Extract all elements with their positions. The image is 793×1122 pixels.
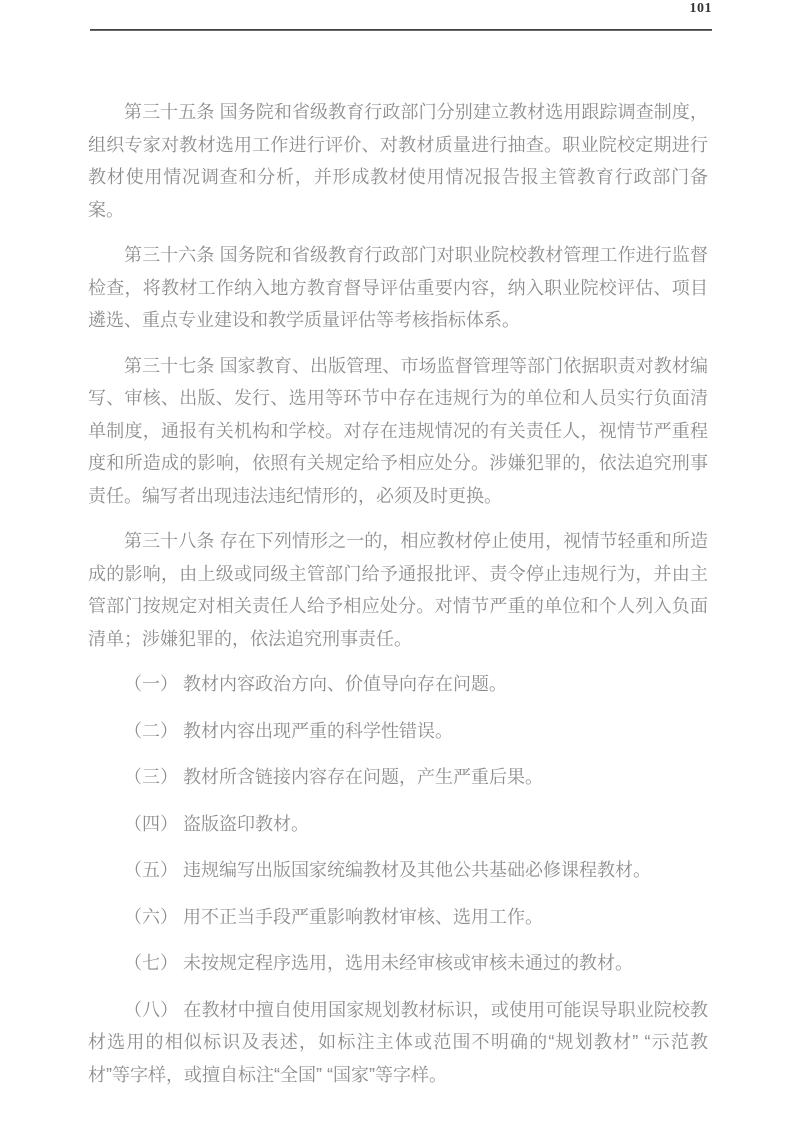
paragraph-article-35: 第三十五条 国务院和省级教育行政部门分别建立教材选用跟踪调查制度，组织专家对教材…: [88, 96, 708, 226]
paragraph-article-36: 第三十六条 国务院和省级教育行政部门对职业院校教材管理工作进行监督检查，将教材工…: [88, 239, 708, 337]
list-item-7: （七） 未按规定程序选用，选用未经审核或审核未通过的教材。: [88, 947, 708, 980]
list-item-5: （五） 违规编写出版国家统编教材及其他公共基础必修课程教材。: [88, 854, 708, 887]
paragraph-article-38: 第三十八条 存在下列情形之一的，相应教材停止使用，视情节轻重和所造成的影响，由上…: [88, 525, 708, 655]
list-item-4: （四） 盗版盗印教材。: [88, 808, 708, 841]
page-number: 101: [690, 1, 713, 17]
list-item-8: （八） 在教材中擅自使用国家规划教材标识，或使用可能误导职业院校教材选用的相似标…: [88, 994, 708, 1092]
document-body: 第三十五条 国务院和省级教育行政部门分别建立教材选用跟踪调查制度，组织专家对教材…: [88, 96, 708, 1091]
list-item-6: （六） 用不正当手段严重影响教材审核、选用工作。: [88, 901, 708, 934]
header-rule: [90, 29, 712, 31]
paragraph-article-37: 第三十七条 国家教育、出版管理、市场监督管理等部门依据职责对教材编写、审核、出版…: [88, 350, 708, 513]
list-item-2: （二） 教材内容出现严重的科学性错误。: [88, 715, 708, 748]
list-item-3: （三） 教材所含链接内容存在问题，产生严重后果。: [88, 761, 708, 794]
list-item-1: （一） 教材内容政治方向、价值导向存在问题。: [88, 668, 708, 701]
